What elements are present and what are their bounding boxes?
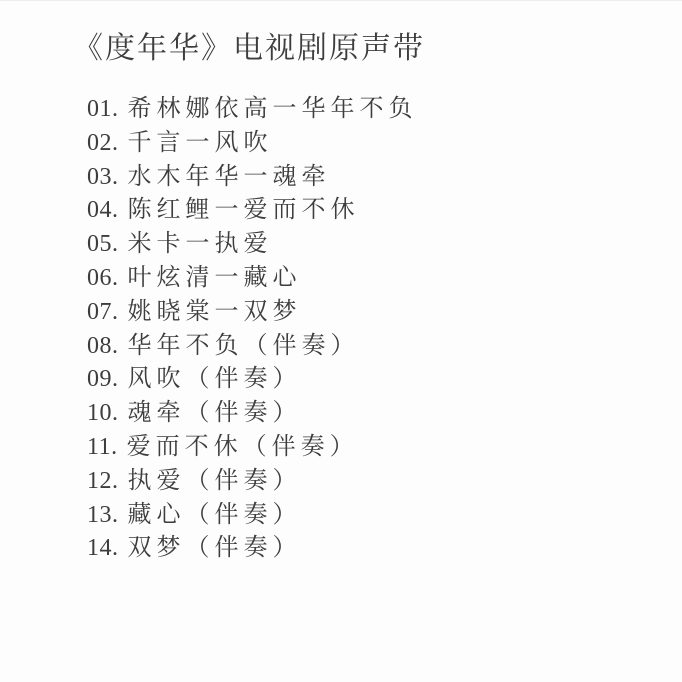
track-title: 爱而不休（伴奏）	[127, 434, 359, 460]
track-row: 10.魂牵（伴奏）	[87, 397, 662, 431]
track-number: 03.	[87, 161, 119, 195]
track-number: 06.	[87, 262, 119, 296]
track-number: 01.	[87, 93, 119, 127]
track-title: 希林娜依高一华年不负	[128, 96, 418, 122]
track-number: 14.	[87, 532, 119, 566]
track-title: 米卡一执爱	[128, 231, 273, 257]
track-list: 01.希林娜依高一华年不负 02.千言一风吹 03.水木年华一魂牵 04.陈红鲤…	[87, 93, 662, 566]
track-number: 13.	[87, 499, 119, 533]
track-title: 魂牵（伴奏）	[128, 400, 302, 426]
track-title: 叶炫清一藏心	[128, 265, 302, 291]
track-title: 风吹（伴奏）	[128, 366, 302, 392]
track-row: 12.执爱（伴奏）	[87, 465, 662, 499]
track-row: 02.千言一风吹	[87, 127, 662, 161]
track-number: 12.	[87, 465, 119, 499]
track-row: 05.米卡一执爱	[87, 228, 662, 262]
track-number: 08.	[87, 330, 119, 364]
track-row: 03.水木年华一魂牵	[87, 161, 662, 195]
track-row: 13.藏心（伴奏）	[87, 499, 662, 533]
track-number: 02.	[87, 127, 119, 161]
track-row: 01.希林娜依高一华年不负	[87, 93, 662, 127]
track-title: 藏心（伴奏）	[128, 502, 302, 528]
track-title: 千言一风吹	[128, 130, 273, 156]
track-row: 07.姚晓棠一双梦	[87, 296, 662, 330]
track-title: 执爱（伴奏）	[128, 468, 302, 494]
track-row: 14.双梦（伴奏）	[87, 532, 662, 566]
track-row: 08.华年不负（伴奏）	[87, 330, 662, 364]
track-row: 06.叶炫清一藏心	[87, 262, 662, 296]
track-number: 10.	[87, 397, 119, 431]
track-title: 华年不负（伴奏）	[128, 333, 360, 359]
track-number: 05.	[87, 228, 119, 262]
track-title: 姚晓棠一双梦	[128, 299, 302, 325]
track-number: 11.	[87, 431, 118, 465]
track-row: 11.爱而不休（伴奏）	[87, 431, 662, 465]
soundtrack-page: 《度年华》电视剧原声带 01.希林娜依高一华年不负 02.千言一风吹 03.水木…	[0, 1, 682, 682]
track-title: 陈红鲤一爱而不休	[128, 197, 360, 223]
track-number: 07.	[87, 296, 119, 330]
track-number: 04.	[87, 194, 119, 228]
track-title: 水木年华一魂牵	[128, 164, 331, 190]
track-row: 04.陈红鲤一爱而不休	[87, 194, 662, 228]
track-title: 双梦（伴奏）	[128, 535, 302, 561]
track-row: 09.风吹（伴奏）	[87, 363, 662, 397]
album-title: 《度年华》电视剧原声带	[73, 31, 662, 67]
track-number: 09.	[87, 363, 119, 397]
